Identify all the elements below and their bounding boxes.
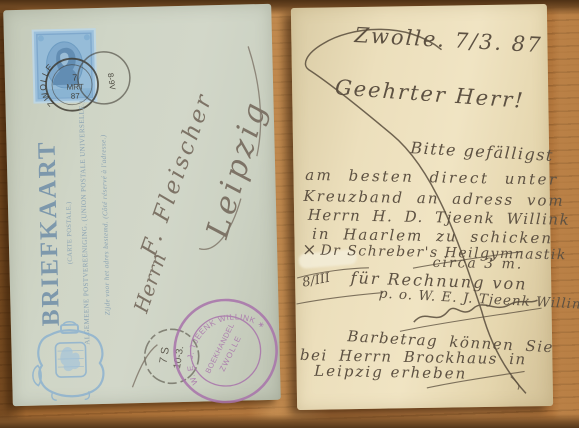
front-pen-flourishes	[3, 4, 281, 406]
photo-scene: ZWOLLE 7 MRT 87 8-9V BRIEFKAART (CARTE P…	[0, 0, 579, 428]
back-pen-strokes	[291, 4, 553, 410]
postcard-back: Zwolle. 7/3. 87 Geehrter Herr! Bitte gef…	[291, 4, 553, 410]
postcard-front: ZWOLLE 7 MRT 87 8-9V BRIEFKAART (CARTE P…	[3, 4, 281, 406]
